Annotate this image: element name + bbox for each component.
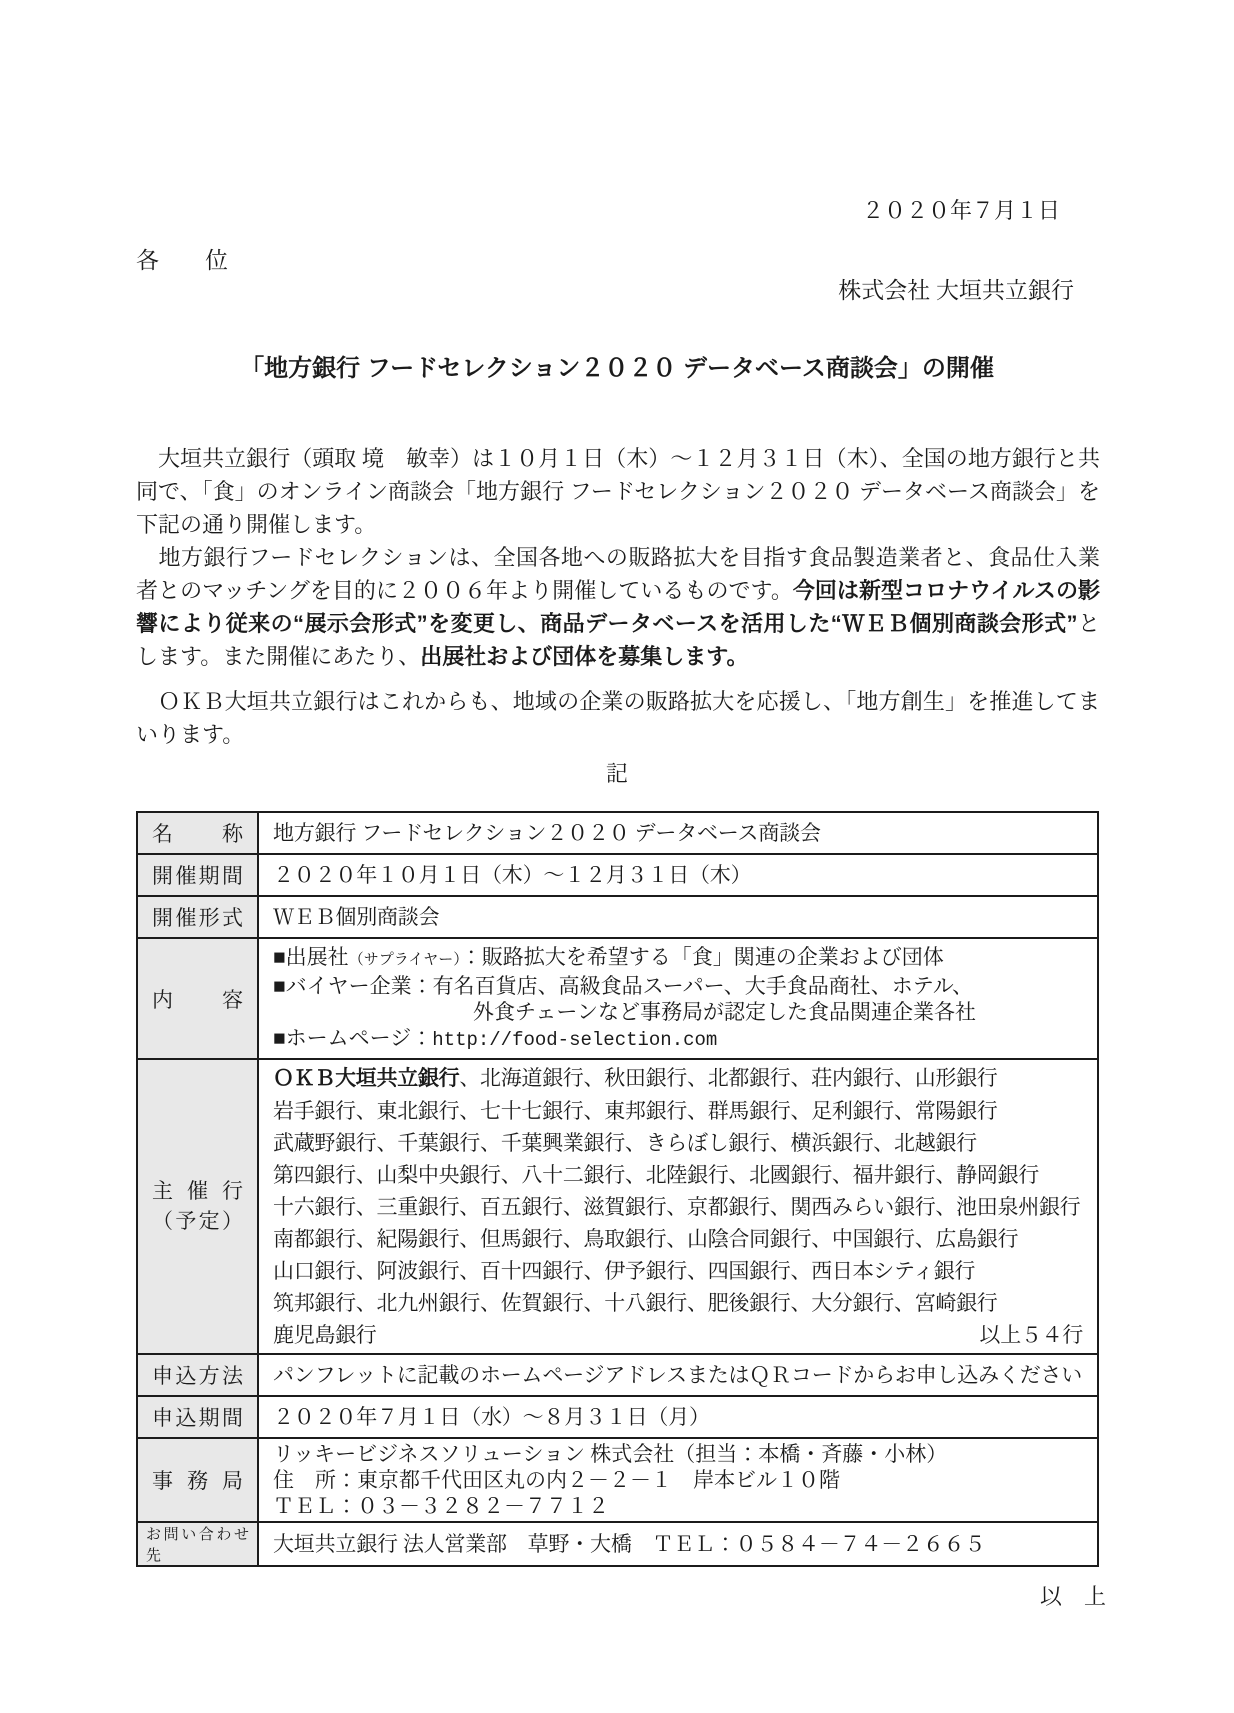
row-label-office: 事務局 (137, 1438, 258, 1522)
organizers-line-6: 南都銀行、紀陽銀行、但馬銀行、鳥取銀行、山陰合同銀行、中国銀行、広島銀行 (273, 1223, 1083, 1255)
closing-marker: 以 上 (0, 1583, 1234, 1611)
paragraph-details: 地方銀行フードセレクションは、全国各地への販路拡大を目指す食品製造業者と、食品仕… (136, 541, 1100, 673)
organizers-line-7: 山口銀行、阿波銀行、百十四銀行、伊予銀行、四国銀行、西日本シティ銀行 (273, 1255, 1083, 1287)
row-label-name: 名称 (137, 812, 258, 854)
apply-method: パンフレットに記載のホームページアドレスまたはＱＲコードからお申し込みください (273, 1360, 1083, 1390)
document-title: 「地方銀行 フードセレクション２０２０ データベース商談会」の開催 (0, 354, 1234, 384)
organizers-line-2: 岩手銀行、東北銀行、七十七銀行、東邦銀行、群馬銀行、足利銀行、常陽銀行 (273, 1095, 1083, 1127)
organizers-line-5: 十六銀行、三重銀行、百五銀行、滋賀銀行、京都銀行、関西みらい銀行、池田泉州銀行 (273, 1191, 1083, 1223)
organizers-total-count: 以上５４行 (980, 1319, 1084, 1351)
homepage-prefix: ■ホームページ： (273, 1026, 432, 1050)
organizers-line-1-rest: 、北海道銀行、秋田銀行、北都銀行、荘内銀行、山形銀行 (459, 1066, 997, 1090)
organizers-label-line-1: 主催行 (152, 1177, 243, 1207)
row-value-name: 地方銀行 フードセレクション２０２０ データベース商談会 (258, 812, 1098, 854)
apply-period: ２０２０年７月１日（水）～８月３１日（月） (273, 1402, 1083, 1432)
lead-bank-name: ＯＫＢ大垣共立銀行 (273, 1067, 459, 1090)
row-label-contact: お問い合わせ先 (137, 1522, 258, 1566)
exhibitor-prefix: ■出展社 (273, 945, 349, 969)
issuing-company: 株式会社 大垣共立銀行 (0, 278, 1234, 304)
organizers-line-9: 鹿児島銀行以上５４行 (273, 1319, 1083, 1351)
row-value-office: リッキービジネスソリューション 株式会社（担当：本橋・斉藤・小林） 住 所：東京… (258, 1438, 1098, 1522)
row-value-period: ２０２０年１０月１日（木）～１２月３１日（木） (258, 854, 1098, 896)
organizers-line-4: 第四銀行、山梨中央銀行、八十二銀行、北陸銀行、北國銀行、福井銀行、静岡銀行 (273, 1159, 1083, 1191)
exhibitor-note: （サプライヤー） (349, 952, 461, 968)
table-row-period: 開催期間 ２０２０年１０月１日（木）～１２月３１日（木） (137, 854, 1098, 896)
row-label-format: 開催形式 (137, 896, 258, 938)
table-row-name: 名称 地方銀行 フードセレクション２０２０ データベース商談会 (137, 812, 1098, 854)
office-address-line: 住 所：東京都千代田区丸の内２－２－１ 岸本ビル１０階 (273, 1467, 1083, 1493)
row-label-apply-period: 申込期間 (137, 1396, 258, 1438)
row-value-organizers: ＯＫＢ大垣共立銀行、北海道銀行、秋田銀行、北都銀行、荘内銀行、山形銀行 岩手銀行… (258, 1059, 1098, 1354)
row-value-apply-period: ２０２０年７月１日（水）～８月３１日（月） (258, 1396, 1098, 1438)
organizers-label-line-2: （予定） (152, 1207, 243, 1237)
event-period: ２０２０年１０月１日（木）～１２月３１日（木） (273, 860, 1083, 890)
table-row-contact: お問い合わせ先 大垣共立銀行 法人営業部 草野・大橋 ＴＥＬ：０５８４－７４－２… (137, 1522, 1098, 1566)
office-company-line: リッキービジネスソリューション 株式会社（担当：本橋・斉藤・小林） (273, 1441, 1083, 1467)
event-format: ＷＥＢ個別商談会 (273, 902, 1083, 932)
row-value-contact: 大垣共立銀行 法人営業部 草野・大橋 ＴＥＬ：０５８４－７４－２６６５ (258, 1522, 1098, 1566)
row-value-apply-method: パンフレットに記載のホームページアドレスまたはＱＲコードからお申し込みください (258, 1354, 1098, 1396)
organizers-line-3: 武蔵野銀行、千葉銀行、千葉興業銀行、きらぼし銀行、横浜銀行、北越銀行 (273, 1127, 1083, 1159)
homepage-url: http://food-selection.com (432, 1029, 717, 1051)
row-label-contents: 内容 (137, 938, 258, 1059)
addressee: 各 位 (0, 248, 1234, 274)
document-page: ２０２０年７月１日 各 位 株式会社 大垣共立銀行 「地方銀行 フードセレクショ… (0, 0, 1234, 1713)
event-name: 地方銀行 フードセレクション２０２０ データベース商談会 (273, 818, 1083, 848)
table-row-apply-period: 申込期間 ２０２０年７月１日（水）～８月３１日（月） (137, 1396, 1098, 1438)
organizers-line-1: ＯＫＢ大垣共立銀行、北海道銀行、秋田銀行、北都銀行、荘内銀行、山形銀行 (273, 1062, 1083, 1095)
contents-homepage-line: ■ホームページ：http://food-selection.com (273, 1025, 1083, 1053)
document-date: ２０２０年７月１日 (0, 198, 1234, 224)
table-row-organizers: 主催行 （予定） ＯＫＢ大垣共立銀行、北海道銀行、秋田銀行、北都銀行、荘内銀行、… (137, 1059, 1098, 1354)
table-row-apply-method: 申込方法 パンフレットに記載のホームページアドレスまたはＱＲコードからお申し込み… (137, 1354, 1098, 1396)
table-row-office: 事務局 リッキービジネスソリューション 株式会社（担当：本橋・斉藤・小林） 住 … (137, 1438, 1098, 1522)
contents-buyer-line-1: ■バイヤー企業：有名百貨店、高級食品スーパー、大手食品商社、ホテル、 (273, 973, 1083, 999)
row-label-period: 開催期間 (137, 854, 258, 896)
table-row-format: 開催形式 ＷＥＢ個別商談会 (137, 896, 1098, 938)
paragraph-intro: 大垣共立銀行（頭取 境 敏幸）は１０月１日（木）～１２月３１日（木）、全国の地方… (136, 442, 1100, 541)
contents-buyer-line-2: 外食チェーンなど事務局が認定した食品関連企業各社 (273, 999, 1083, 1025)
contents-exhibitor-line: ■出展社（サプライヤー）：販路拡大を希望する「食」関連の企業および団体 (273, 944, 1083, 973)
contact-info: 大垣共立銀行 法人営業部 草野・大橋 ＴＥＬ：０５８４－７４－２６６５ (273, 1529, 1083, 1559)
event-info-table: 名称 地方銀行 フードセレクション２０２０ データベース商談会 開催期間 ２０２… (136, 811, 1099, 1567)
office-tel-line: ＴＥＬ：０３－３２８２－７７１２ (273, 1493, 1083, 1519)
row-value-format: ＷＥＢ個別商談会 (258, 896, 1098, 938)
table-row-contents: 内容 ■出展社（サプライヤー）：販路拡大を希望する「食」関連の企業および団体 ■… (137, 938, 1098, 1059)
row-label-organizers: 主催行 （予定） (137, 1059, 258, 1354)
row-value-contents: ■出展社（サプライヤー）：販路拡大を希望する「食」関連の企業および団体 ■バイヤ… (258, 938, 1098, 1059)
exhibitor-rest: ：販路拡大を希望する「食」関連の企業および団体 (461, 945, 944, 969)
organizers-line-8: 筑邦銀行、北九州銀行、佐賀銀行、十八銀行、肥後銀行、大分銀行、宮崎銀行 (273, 1287, 1083, 1319)
note-marker: 記 (0, 759, 1234, 789)
paragraph-closing-statement: ＯＫＢ大垣共立銀行はこれからも、地域の企業の販路拡大を応援し、「地方創生」を推進… (136, 685, 1100, 751)
bold-text-segment: 出展社および団体を募集します。 (420, 644, 748, 669)
row-label-apply-method: 申込方法 (137, 1354, 258, 1396)
organizers-last-bank: 鹿児島銀行 (273, 1319, 377, 1351)
